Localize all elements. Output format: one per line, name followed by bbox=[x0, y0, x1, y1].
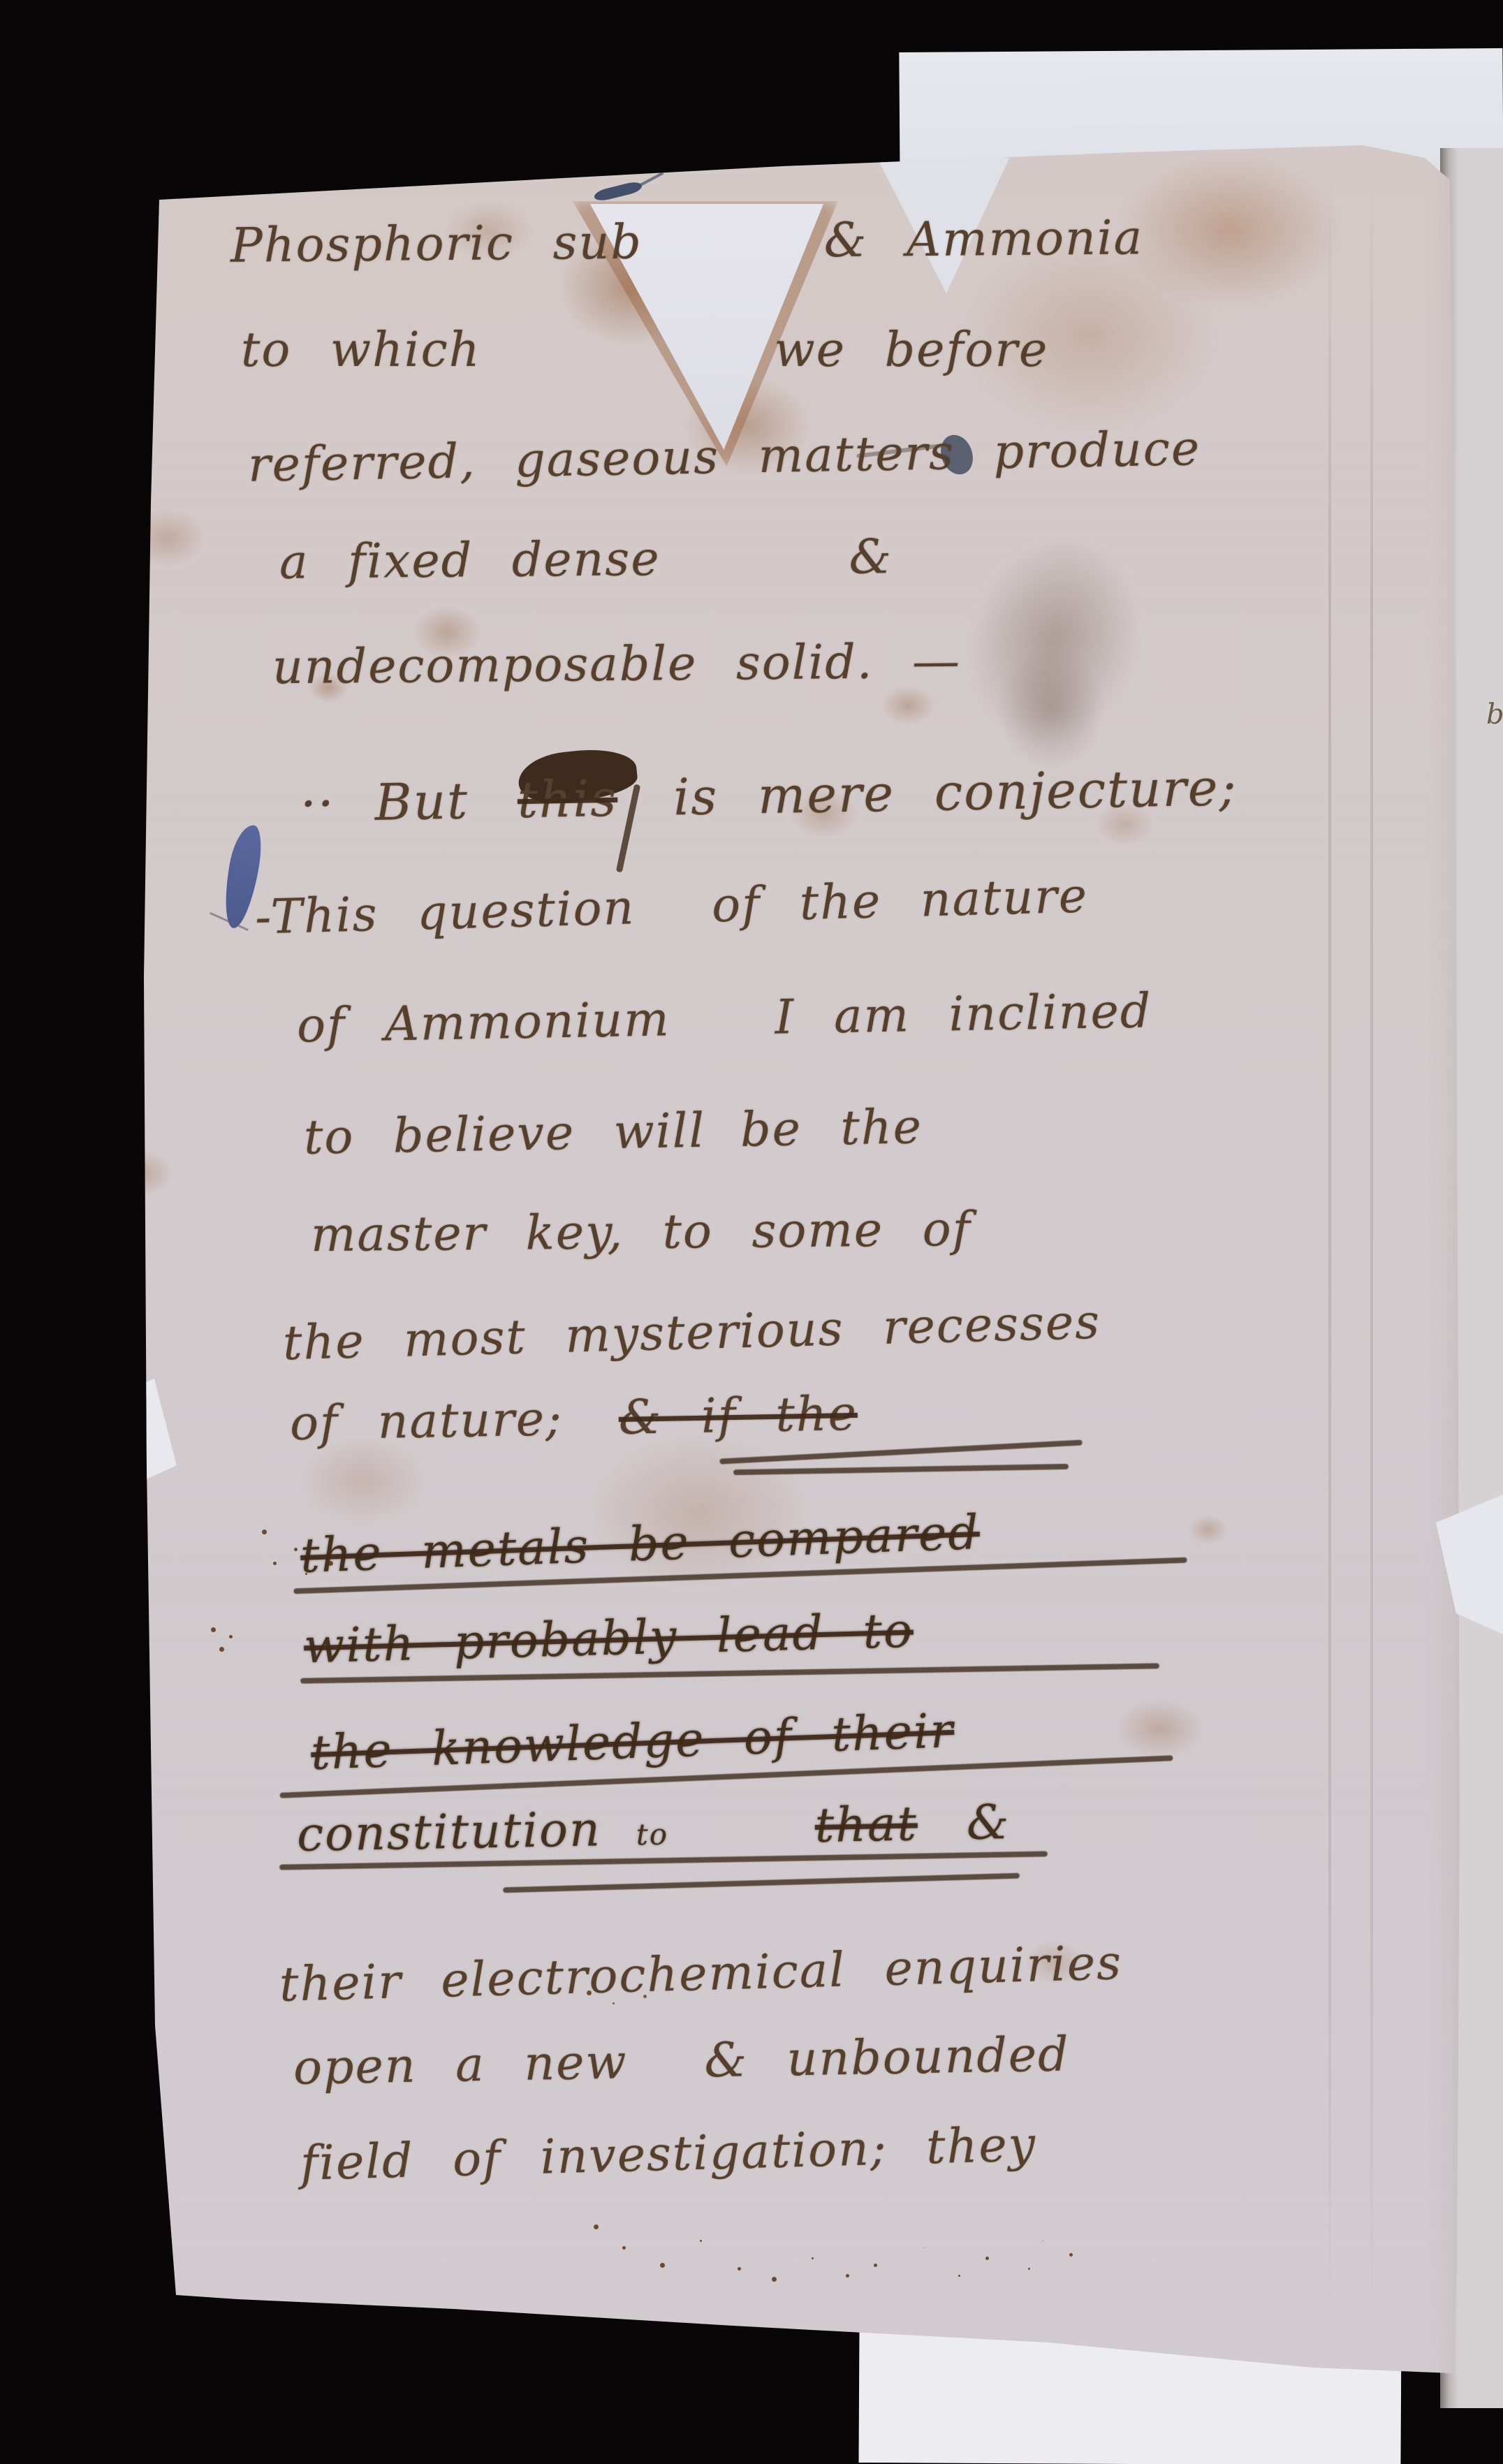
handwritten-line-3: referred, gaseous matters produce bbox=[247, 423, 1201, 492]
handwritten-line-8: of AmmoniumI am inclined bbox=[296, 985, 1152, 1053]
handwritten-segment: & unbounded bbox=[704, 2029, 1070, 2088]
handwritten-line-14: with probably lead to bbox=[303, 1606, 914, 1674]
handwritten-segment: with probably lead to bbox=[303, 1606, 914, 1674]
handwritten-segment: field of investigation; they bbox=[300, 2119, 1037, 2190]
handwritten-line-1: Phosphoric sub& Ammonia bbox=[230, 212, 1144, 272]
handwritten-segment: of Ammonium bbox=[296, 994, 670, 1053]
handwritten-segment: the knowledge of their bbox=[310, 1706, 955, 1780]
handwritten-segment: open a new bbox=[293, 2037, 628, 2095]
handwritten-segment: of the nature bbox=[711, 870, 1089, 932]
handwritten-segment: their electrochemical enquiries bbox=[279, 1937, 1123, 2011]
handwritten-line-6: ·· Butthisis mere conjecture; bbox=[300, 760, 1238, 832]
handwritten-segment: that bbox=[814, 1798, 918, 1852]
handwritten-line-19: field of investigation; they bbox=[300, 2119, 1037, 2190]
handwritten-segment: the most mysterious recesses bbox=[282, 1297, 1101, 1370]
handwritten-line-13: the metals be compared bbox=[300, 1507, 981, 1583]
handwritten-segment: master key, to some of bbox=[311, 1204, 972, 1262]
handwritten-segment: be the bbox=[740, 1101, 923, 1157]
handwritten-segment: the metals be compared bbox=[300, 1507, 981, 1583]
handwritten-segment: to bbox=[636, 1819, 668, 1851]
handwritten-segment: is mere conjecture; bbox=[673, 760, 1238, 825]
handwritten-line-2: to whichwe before bbox=[241, 325, 1048, 377]
handwritten-line-10: master key, to some of bbox=[311, 1204, 972, 1262]
handwritten-segment: we before bbox=[775, 325, 1049, 377]
handwritten-line-12: of nature;& if the bbox=[289, 1388, 858, 1451]
handwritten-line-11: the most mysterious recesses bbox=[282, 1297, 1101, 1370]
handwritten-line-5: undecomposable solid. — bbox=[272, 636, 962, 694]
handwritten-line-4: a fixed dense& bbox=[279, 531, 893, 589]
handwritten-segment: Phosphoric sub bbox=[230, 217, 643, 273]
handwritten-segment: of nature; bbox=[289, 1393, 563, 1451]
handwritten-segment: ·· But bbox=[300, 774, 469, 832]
handwritten-segment: undecomposable solid. — bbox=[272, 636, 962, 694]
handwritten-segment: & bbox=[849, 531, 893, 584]
handwritten-segment: I am inclined bbox=[775, 985, 1152, 1044]
facing-page-edge-mark: b bbox=[1486, 698, 1503, 731]
handwritten-line-15: the knowledge of their bbox=[310, 1706, 955, 1780]
handwritten-segment: this bbox=[517, 771, 618, 828]
handwritten-line-9: to believe willbe the bbox=[303, 1101, 923, 1164]
handwritten-line-18: open a new& unbounded bbox=[293, 2029, 1070, 2095]
handwriting-layer: Phosphoric sub& Ammoniato whichwe before… bbox=[0, 0, 1503, 2464]
manuscript-page: Phosphoric sub& Ammoniato whichwe before… bbox=[0, 0, 1503, 2464]
handwritten-segment: & Ammonia bbox=[823, 212, 1143, 267]
handwritten-segment: referred, gaseous matters produce bbox=[247, 423, 1201, 492]
handwritten-line-7: -This questionof the nature bbox=[254, 870, 1089, 944]
handwritten-segment: to believe will bbox=[303, 1106, 705, 1165]
handwritten-segment: to which bbox=[241, 325, 481, 377]
handwritten-segment: & if the bbox=[618, 1388, 858, 1445]
handwritten-segment: a fixed dense bbox=[279, 534, 661, 589]
handwritten-segment: -This question bbox=[254, 882, 636, 944]
handwritten-line-17: their electrochemical enquiries bbox=[279, 1937, 1123, 2011]
handwritten-segment: & bbox=[966, 1797, 1011, 1850]
handwritten-line-16: constitutiontothat& bbox=[296, 1797, 1011, 1862]
handwritten-segment: constitution bbox=[296, 1804, 601, 1861]
